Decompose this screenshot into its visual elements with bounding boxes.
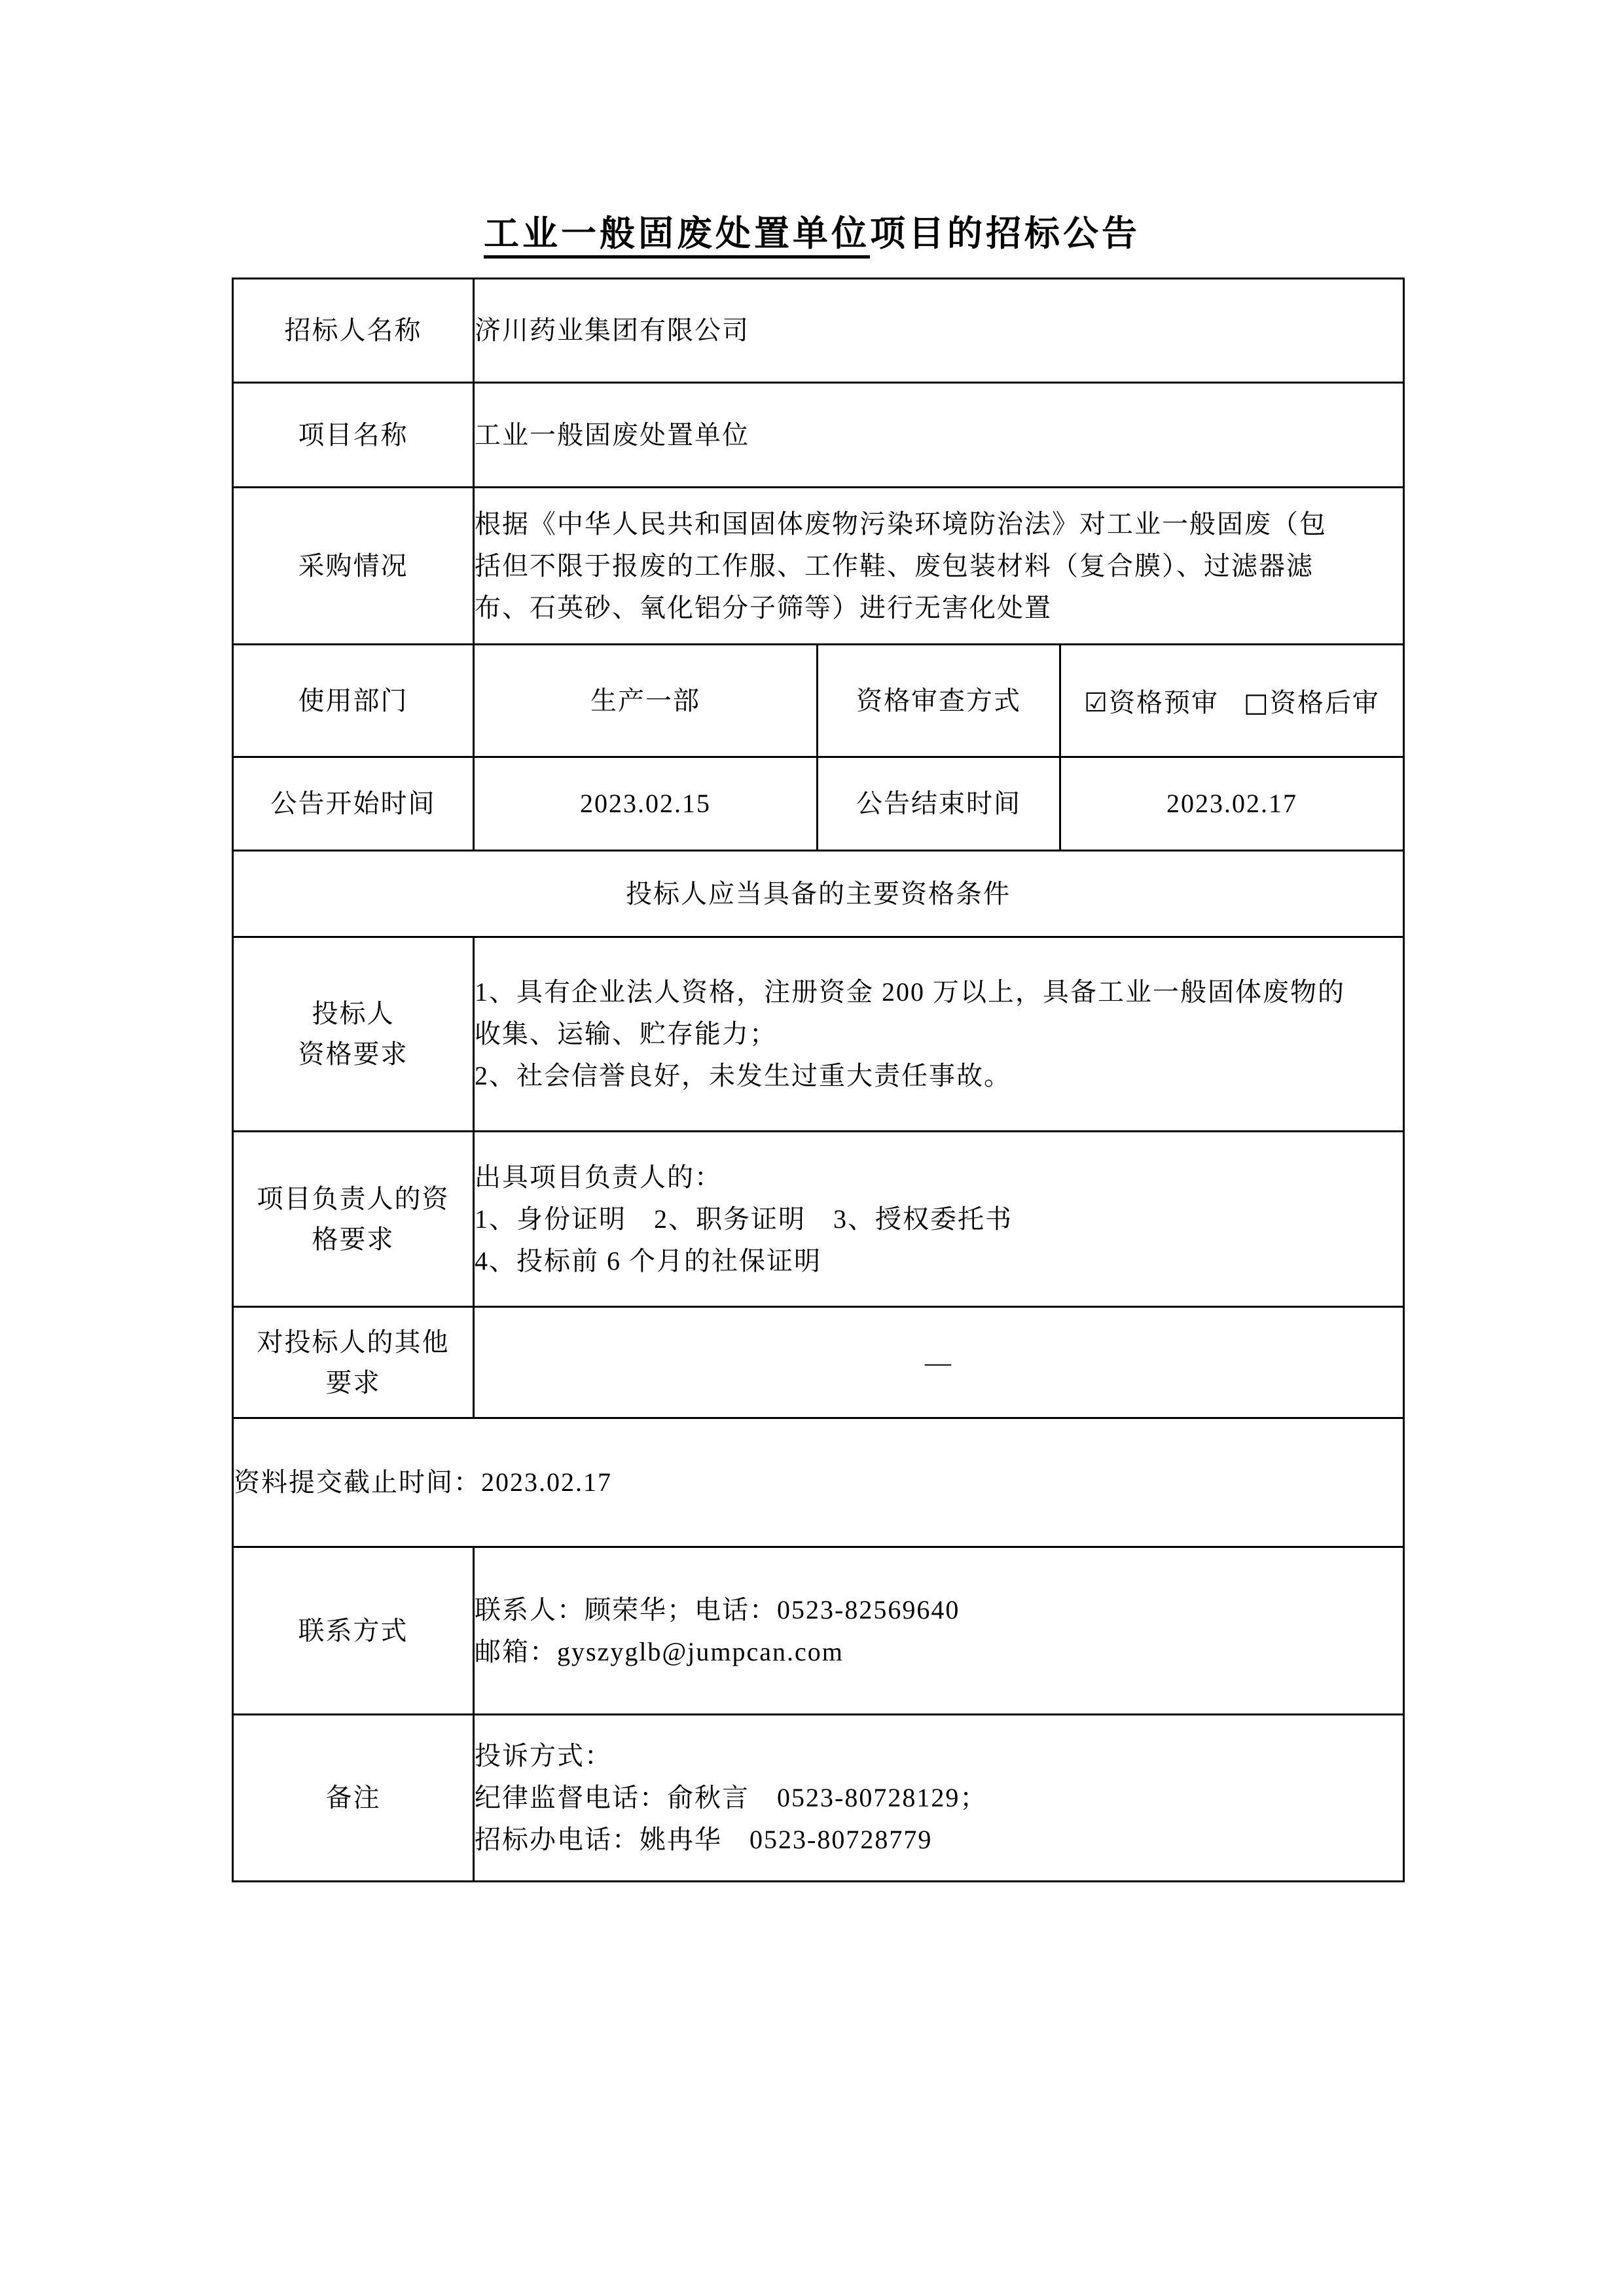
row-department-review: 使用部门 生产一部 资格审查方式 ☑资格预审□资格后审: [233, 645, 1404, 757]
contact-label: 联系方式: [233, 1547, 474, 1715]
bidder-qualification-label-line: 投标人: [234, 994, 473, 1034]
row-bidder-qualification: 投标人 资格要求 1、具有企业法人资格，注册资金 200 万以上，具备工业一般固…: [233, 937, 1404, 1132]
qualification-section-header: 投标人应当具备的主要资格条件: [233, 851, 1404, 937]
document-page: 工业一般固废处置单位项目的招标公告 招标人名称 济川药业集团有限公司 项目名称 …: [0, 0, 1624, 2296]
review-option-prequalification: 资格预审: [1109, 688, 1219, 717]
department-label: 使用部门: [233, 645, 474, 757]
remark-line: 招标办电话：姚冉华 0523-80728779: [475, 1819, 1403, 1861]
manager-qualification-label-line: 项目负责人的资: [234, 1179, 473, 1219]
row-contact: 联系方式 联系人：顾荣华；电话：0523-82569640 邮箱：gyszygl…: [233, 1547, 1404, 1715]
other-requirements-label: 对投标人的其他 要求: [233, 1307, 474, 1418]
manager-qualification-label-line: 格要求: [234, 1219, 473, 1260]
remark-line: 投诉方式：: [475, 1735, 1403, 1777]
project-name-label: 项目名称: [233, 383, 474, 488]
submission-deadline-text: 资料提交截止时间：2023.02.17: [233, 1418, 1404, 1547]
manager-qualification-line: 出具项目负责人的：: [475, 1157, 1403, 1198]
row-project-name: 项目名称 工业一般固废处置单位: [233, 383, 1404, 488]
procurement-line: 根据《中华人民共和国固体废物污染环境防治法》对工业一般固废（包: [475, 503, 1403, 545]
review-option-postqualification: 资格后审: [1270, 688, 1380, 717]
row-other-requirements: 对投标人的其他 要求 —: [233, 1307, 1404, 1418]
department-value: 生产一部: [474, 645, 818, 757]
procurement-label: 采购情况: [233, 488, 474, 645]
bidder-qualification-line: 2、社会信誉良好，未发生过重大责任事故。: [475, 1055, 1403, 1097]
contact-line: 联系人：顾荣华；电话：0523-82569640: [475, 1589, 1403, 1631]
remark-line: 纪律监督电话：俞秋言 0523-80728129；: [475, 1777, 1403, 1819]
row-submission-deadline: 资料提交截止时间：2023.02.17: [233, 1418, 1404, 1547]
row-bidder-name: 招标人名称 济川药业集团有限公司: [233, 279, 1404, 383]
start-time-label: 公告开始时间: [233, 757, 474, 851]
review-method-value: ☑资格预审□资格后审: [1060, 645, 1404, 757]
contact-value: 联系人：顾荣华；电话：0523-82569640 邮箱：gyszyglb@jum…: [474, 1547, 1404, 1715]
title-rest-part: 项目的招标公告: [870, 214, 1140, 253]
row-section-header: 投标人应当具备的主要资格条件: [233, 851, 1404, 937]
contact-line: 邮箱：gyszyglb@jumpcan.com: [475, 1631, 1403, 1673]
remark-label: 备注: [233, 1715, 474, 1882]
bidder-name-label: 招标人名称: [233, 279, 474, 383]
procurement-line: 布、石英砂、氧化铝分子筛等）进行无害化处置: [475, 587, 1403, 629]
checked-checkbox-icon: ☑: [1084, 688, 1109, 718]
other-requirements-value: —: [474, 1307, 1404, 1418]
other-requirements-label-line: 要求: [234, 1363, 473, 1403]
review-method-label: 资格审查方式: [818, 645, 1060, 757]
unchecked-checkbox-icon: □: [1244, 688, 1270, 718]
page-title: 工业一般固废处置单位项目的招标公告: [0, 211, 1624, 257]
bidder-qualification-label: 投标人 资格要求: [233, 937, 474, 1132]
end-time-value: 2023.02.17: [1060, 757, 1404, 851]
tender-announcement-table: 招标人名称 济川药业集团有限公司 项目名称 工业一般固废处置单位 采购情况 根据…: [232, 278, 1405, 1882]
title-underlined-part: 工业一般固废处置单位: [484, 214, 870, 259]
remark-value: 投诉方式： 纪律监督电话：俞秋言 0523-80728129； 招标办电话：姚冉…: [474, 1715, 1404, 1882]
row-announcement-dates: 公告开始时间 2023.02.15 公告结束时间 2023.02.17: [233, 757, 1404, 851]
procurement-value: 根据《中华人民共和国固体废物污染环境防治法》对工业一般固废（包 括但不限于报废的…: [474, 488, 1404, 645]
project-name-value: 工业一般固废处置单位: [474, 383, 1404, 488]
other-requirements-label-line: 对投标人的其他: [234, 1322, 473, 1363]
manager-qualification-line: 4、投标前 6 个月的社保证明: [475, 1240, 1403, 1282]
bidder-qualification-line: 收集、运输、贮存能力；: [475, 1013, 1403, 1055]
start-time-value: 2023.02.15: [474, 757, 818, 851]
bidder-qualification-line: 1、具有企业法人资格，注册资金 200 万以上，具备工业一般固体废物的: [475, 971, 1403, 1013]
manager-qualification-line: 1、身份证明 2、职务证明 3、授权委托书: [475, 1198, 1403, 1240]
procurement-line: 括但不限于报废的工作服、工作鞋、废包装材料（复合膜）、过滤器滤: [475, 545, 1403, 587]
row-manager-qualification: 项目负责人的资 格要求 出具项目负责人的： 1、身份证明 2、职务证明 3、授权…: [233, 1132, 1404, 1307]
bidder-qualification-label-line: 资格要求: [234, 1034, 473, 1075]
row-procurement: 采购情况 根据《中华人民共和国固体废物污染环境防治法》对工业一般固废（包 括但不…: [233, 488, 1404, 645]
bidder-name-value: 济川药业集团有限公司: [474, 279, 1404, 383]
row-remark: 备注 投诉方式： 纪律监督电话：俞秋言 0523-80728129； 招标办电话…: [233, 1715, 1404, 1882]
manager-qualification-value: 出具项目负责人的： 1、身份证明 2、职务证明 3、授权委托书 4、投标前 6 …: [474, 1132, 1404, 1307]
end-time-label: 公告结束时间: [818, 757, 1060, 851]
manager-qualification-label: 项目负责人的资 格要求: [233, 1132, 474, 1307]
bidder-qualification-value: 1、具有企业法人资格，注册资金 200 万以上，具备工业一般固体废物的 收集、运…: [474, 937, 1404, 1132]
